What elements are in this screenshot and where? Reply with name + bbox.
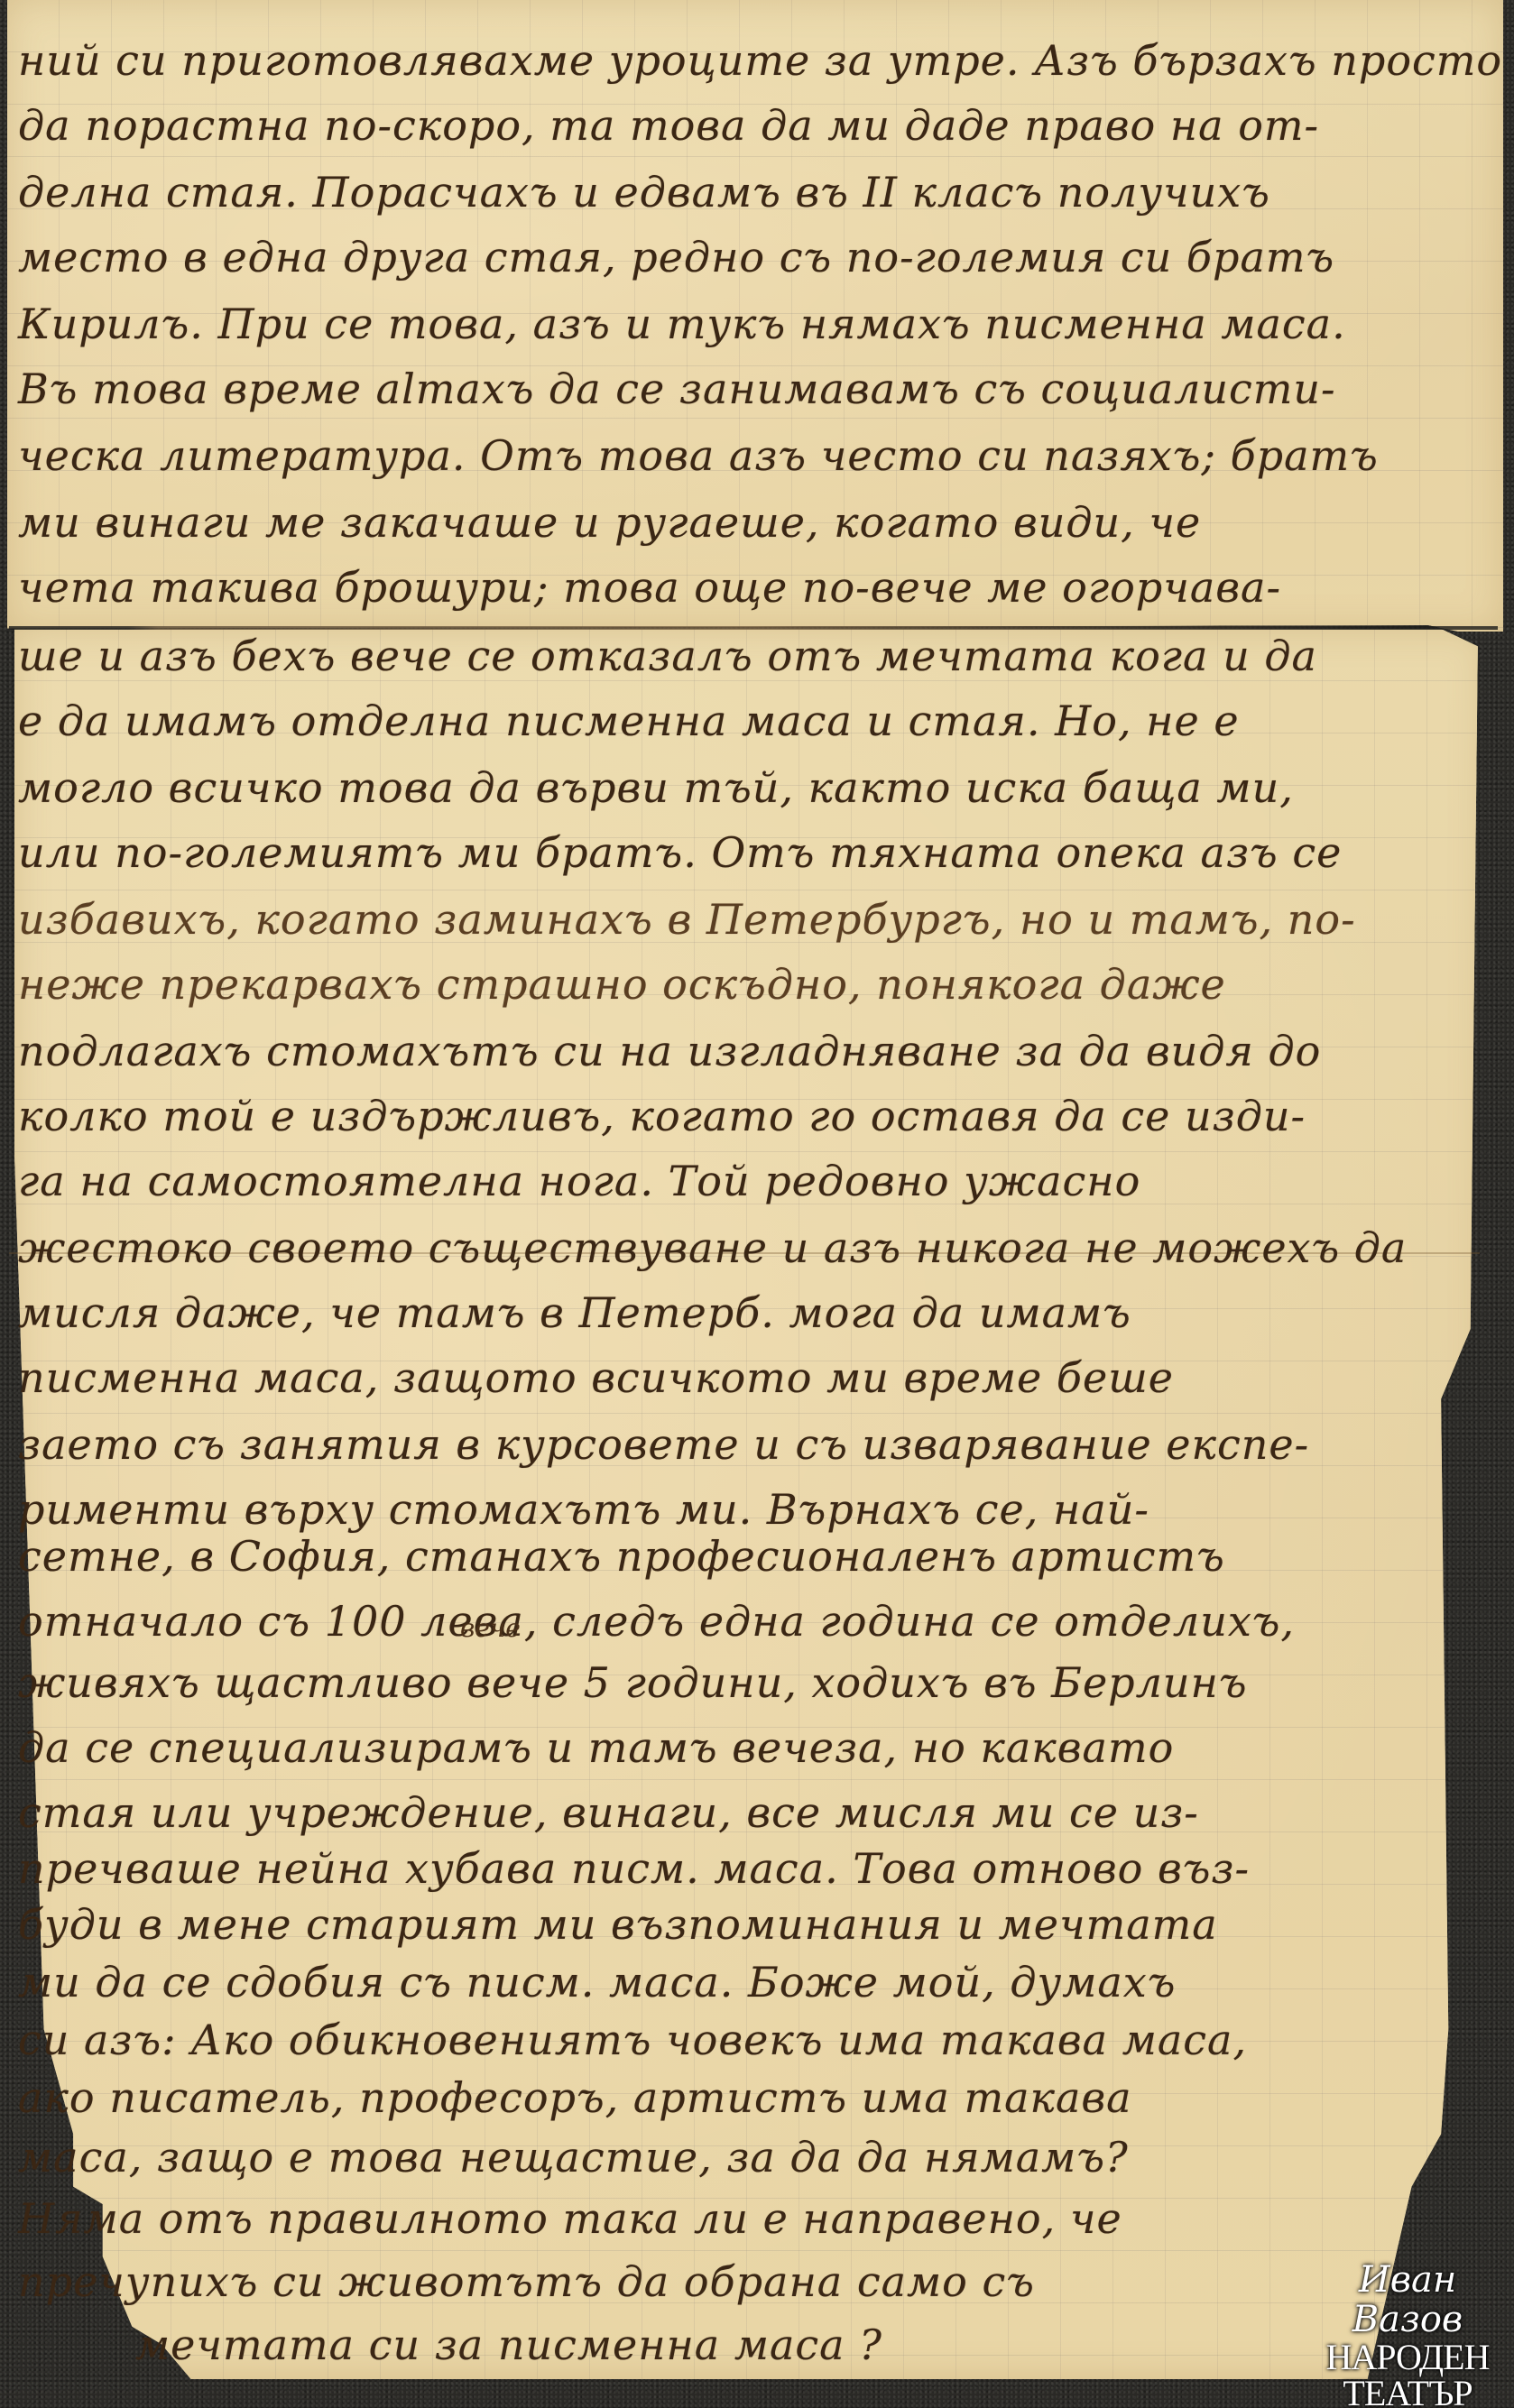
manuscript-line-36: пречупихъ си животътъ да обрана само съ <box>18 2257 1035 2306</box>
manuscript-line-2: да порастна по-скоро, та това да ми даде… <box>18 101 1319 150</box>
manuscript-line-8: ми винаги ме закачаше и ругаеше, когато … <box>18 498 1201 547</box>
interlinear-insertion: вече <box>460 1613 521 1643</box>
manuscript-line-1: ний си приготовлявахме уроците за утре. … <box>18 36 1502 85</box>
manuscript-line-23: рименти върху стомахътъ ми. Върнахъ се, … <box>18 1485 1149 1534</box>
manuscript-line-21: писменна маса, защото всичкото ми време … <box>18 1353 1174 1402</box>
manuscript-line-6: Въ това време almахъ да се занимавамъ съ… <box>18 364 1336 413</box>
manuscript-line-26: живяхъ щастливо вече 5 години, ходихъ въ… <box>18 1658 1248 1707</box>
manuscript-line-29: пречваше нейна хубава писм. маса. Това о… <box>18 1844 1250 1893</box>
manuscript-line-3: делна стая. Порасчахъ и едвамъ въ II кла… <box>18 168 1270 217</box>
manuscript-line-4: место в една друга стая, редно съ по-гол… <box>18 233 1334 281</box>
manuscript-line-37: мечтата си за писменна маса ? <box>135 2320 882 2369</box>
manuscript-line-35: Няма отъ правилното така ли е направено,… <box>18 2194 1122 2243</box>
manuscript-line-14: избавихъ, когато заминахъ в Петербургъ, … <box>18 895 1356 944</box>
manuscript-line-12: могло всичко това да върви тъй, както ис… <box>18 763 1294 812</box>
manuscript-line-5: Кирилъ. При се това, азъ и тукъ нямахъ п… <box>18 300 1346 348</box>
manuscript-line-30: буди в мене старият ми възпоминания и ме… <box>18 1900 1218 1949</box>
manuscript-line-27: да се специализирамъ и тамъ вечеза, но к… <box>18 1723 1174 1772</box>
manuscript-line-11: е да имамъ отделна писменна маса и стая.… <box>18 697 1240 745</box>
manuscript-line-20: мисля даже, че тамъ в Петерб. могa да им… <box>18 1288 1131 1337</box>
logo-line-1: НАРОДЕН <box>1313 2339 1502 2376</box>
manuscript-line-24: сетне, в София, станахъ професионаленъ а… <box>18 1532 1225 1581</box>
manuscript-line-10: ше и азъ бехъ вече се отказалъ отъ мечта… <box>18 632 1317 680</box>
manuscript-line-15: неже прекарвахъ страшно оскъдно, поняког… <box>18 960 1226 1009</box>
manuscript-line-18: га на самостоятелна нога. Той редовно уж… <box>18 1157 1140 1205</box>
manuscript-line-33: ако писатель, професоръ, артистъ има так… <box>18 2073 1132 2122</box>
manuscript-line-34: маса, защо е това нещастие, за да да ням… <box>18 2133 1129 2182</box>
manuscript-line-25: отначало съ 100 лева, следъ една година … <box>18 1597 1295 1646</box>
national-theatre-logo: Иван Вазов НАРОДЕН ТЕАТЪР <box>1313 2260 1502 2408</box>
manuscript-line-22: заето съ занятия в курсоветe и съ изваря… <box>18 1420 1309 1469</box>
logo-signature: Иван Вазов <box>1313 2260 1502 2339</box>
logo-line-2: ТЕАТЪР <box>1313 2376 1502 2408</box>
paper-tear <box>9 626 1498 630</box>
manuscript-line-31: ми да се сдобия съ писм. маса. Боже мой,… <box>18 1958 1176 2007</box>
manuscript-scan: ний си приготовлявахме уроците за утре. … <box>0 0 1514 2408</box>
manuscript-line-16: подлагахъ стомахътъ си на изгладняване з… <box>18 1027 1321 1075</box>
manuscript-line-7: ческа литература. Отъ това азъ често си … <box>18 431 1379 480</box>
manuscript-line-17: колко той е издържливъ, когато го оставя… <box>18 1092 1306 1140</box>
manuscript-line-19: жестоко своето съществуване и азъ никога… <box>18 1223 1407 1272</box>
manuscript-line-9: чета такива брошури; това още по-вече ме… <box>18 563 1281 612</box>
manuscript-line-13: или по-големиятъ ми братъ. Отъ тяхната о… <box>18 828 1342 877</box>
manuscript-line-28: стая или учреждение, винаги, все мисля м… <box>18 1788 1199 1837</box>
manuscript-line-32: си азъ: Ако обикновениятъ човекъ има так… <box>18 2016 1247 2064</box>
